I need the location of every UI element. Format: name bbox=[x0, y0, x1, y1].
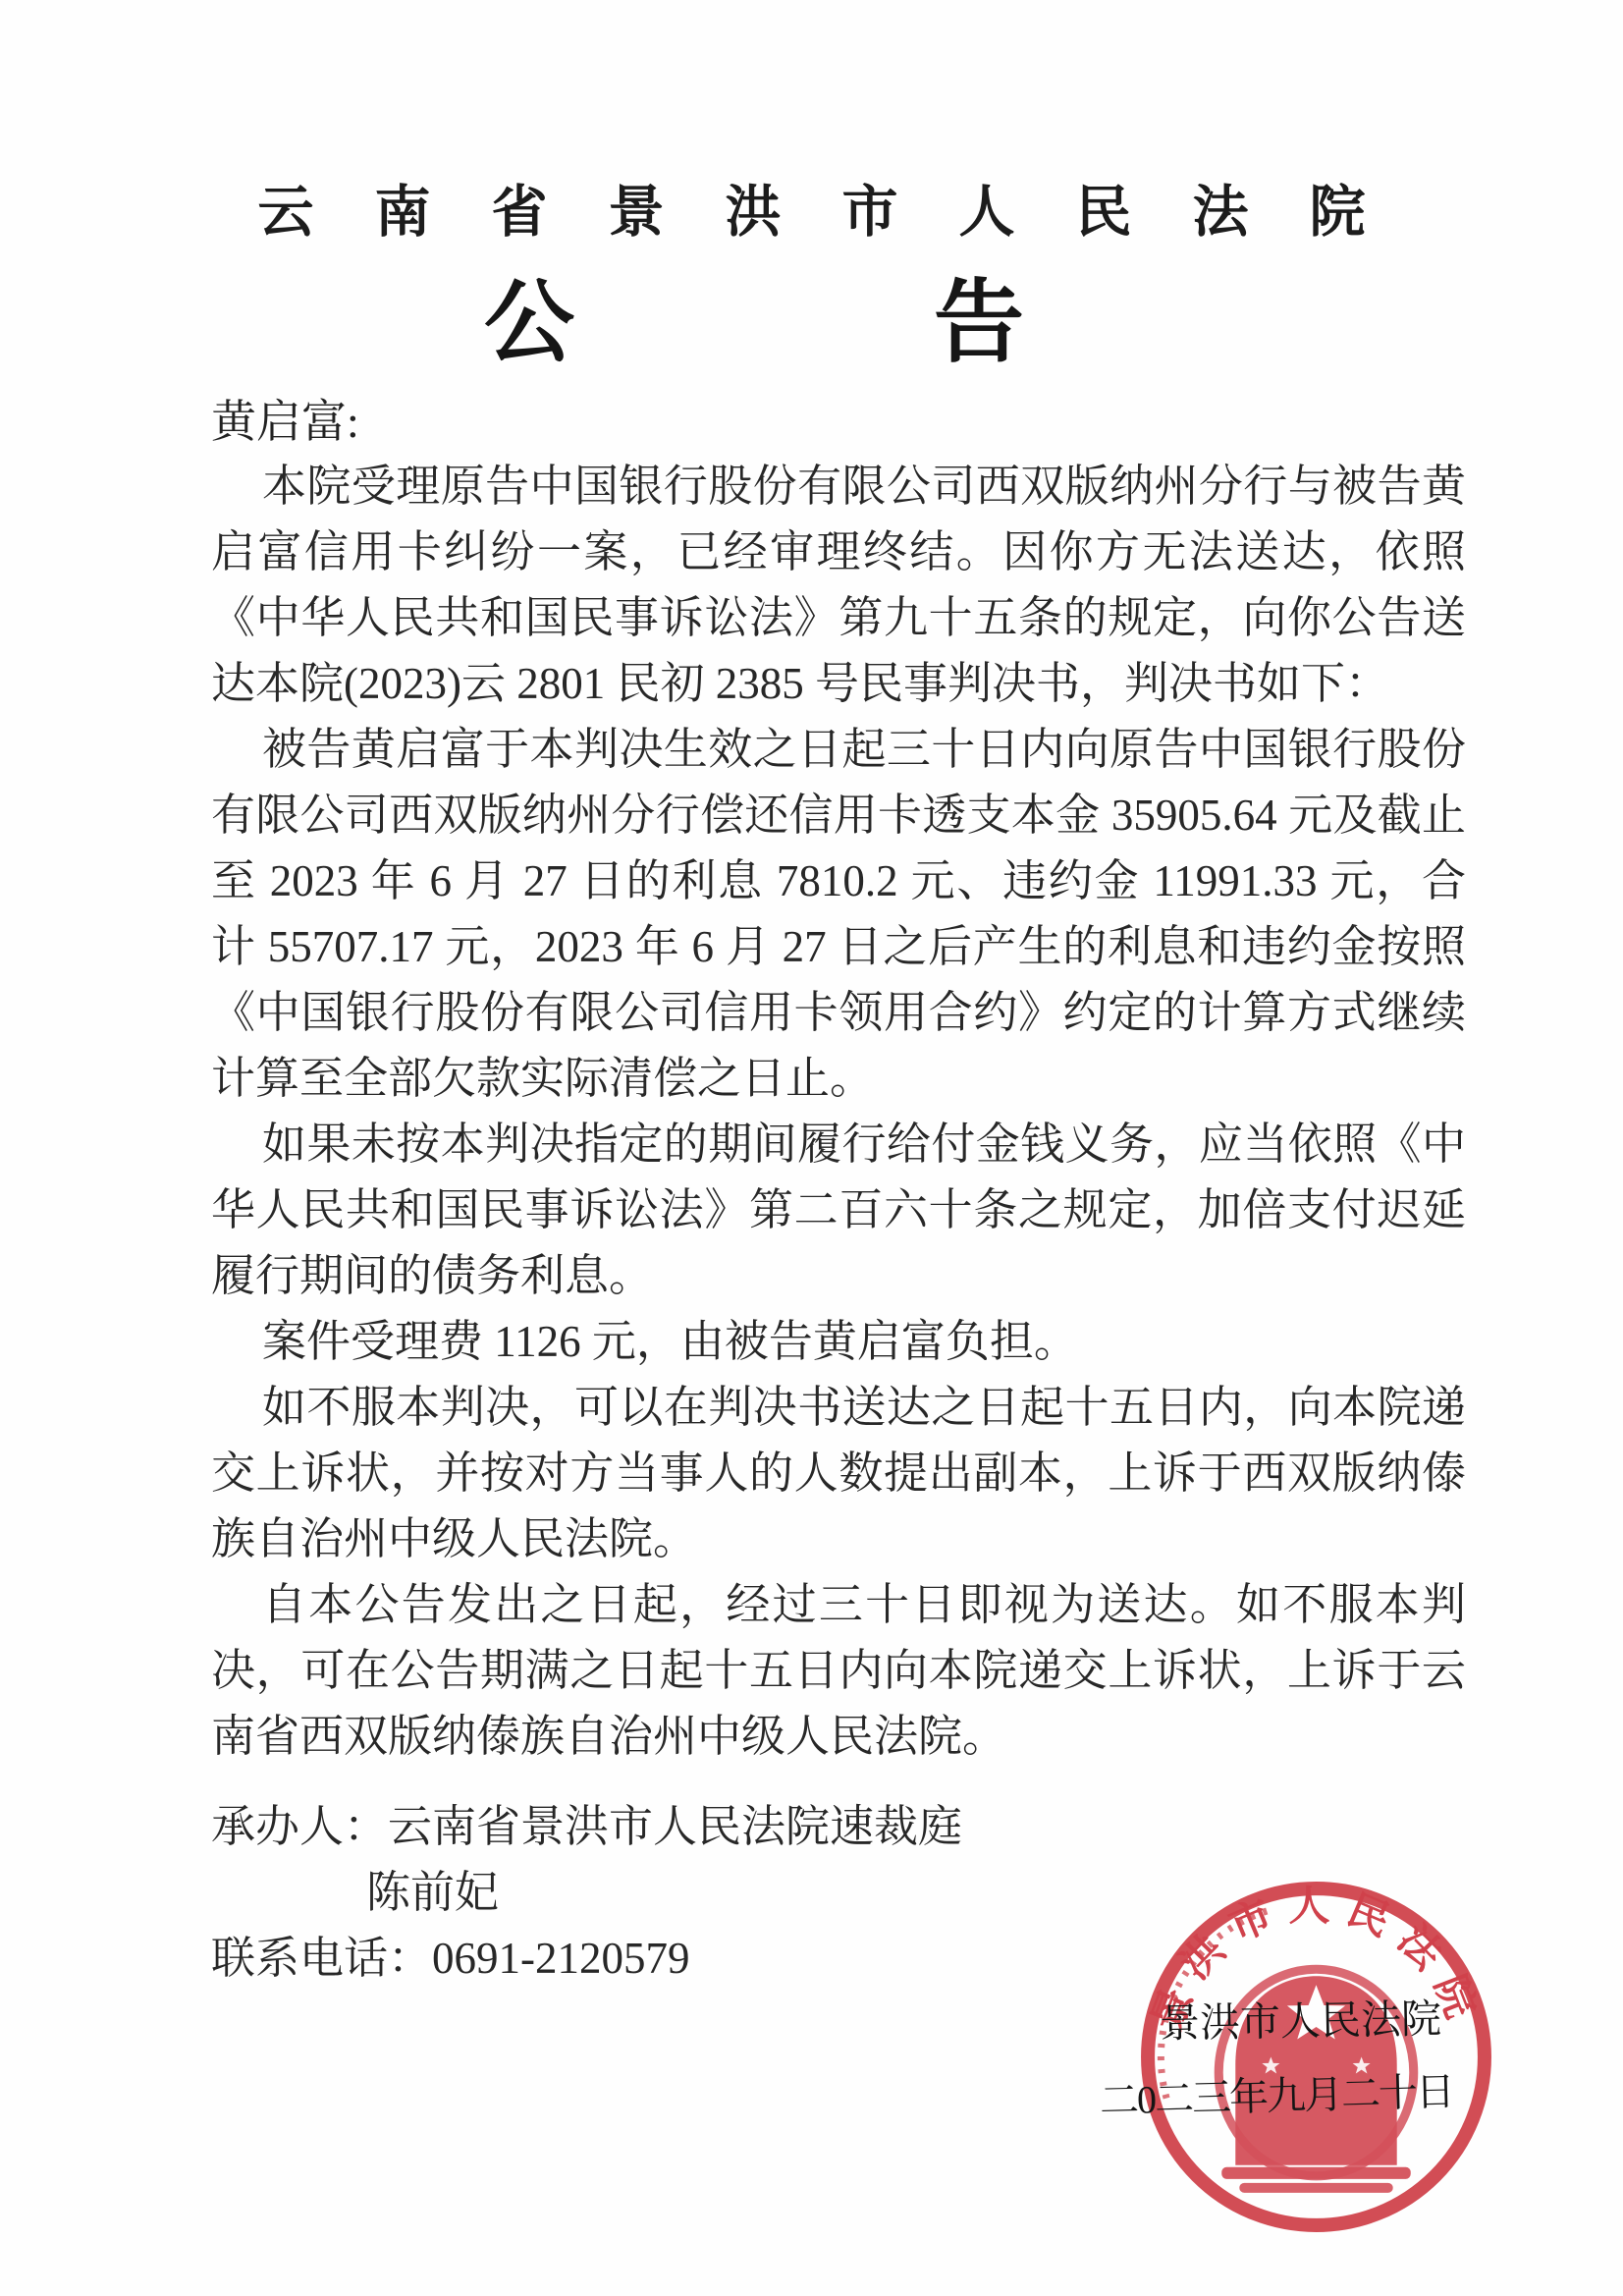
body-paragraph: 案件受理费 1126 元，由被告黄启富负担。 bbox=[211, 1309, 1466, 1375]
announcement-title-char: 告 bbox=[934, 278, 1024, 368]
recipient-name: 黄启富: bbox=[211, 400, 1623, 445]
body-paragraph: 自本公告发出之日起，经过三十日即视为送达。如不服本判决，可在公告期满之日起十五日… bbox=[211, 1572, 1466, 1770]
court-announcement-page: 云南省景洪市人民法院 公 告 黄启富: 本院受理原告中国银行股份有限公司西双版纳… bbox=[0, 0, 1623, 2296]
seal-graphic: 景洪市人民法院 bbox=[1127, 1868, 1505, 2246]
court-seal: 景洪市人民法院 景洪市人民法院 二0二三年九月二十日 bbox=[1127, 1868, 1505, 2246]
announcement-title: 公 告 bbox=[484, 278, 1024, 368]
body-paragraph: 被告黄启富于本判决生效之日起三十日内向原告中国银行股份有限公司西双版纳州分行偿还… bbox=[211, 717, 1466, 1112]
body-paragraph: 如不服本判决，可以在判决书送达之日起十五日内，向本院递交上诉状，并按对方当事人的… bbox=[211, 1375, 1466, 1572]
seal-date: 二0二三年九月二十日 bbox=[1100, 2072, 1454, 2120]
court-title: 云南省景洪市人民法院 bbox=[0, 185, 1623, 241]
seal-court-name: 景洪市人民法院 bbox=[1160, 1998, 1447, 2044]
body-paragraph: 如果未按本判决指定的期间履行给付金钱义务，应当依照《中华人民共和国民事诉讼法》第… bbox=[211, 1112, 1466, 1309]
emblem-base bbox=[1221, 2167, 1411, 2179]
body-paragraph: 本院受理原告中国银行股份有限公司西双版纳州分行与被告黄启富信用卡纠纷一案，已经审… bbox=[211, 454, 1466, 717]
announcement-title-char: 公 bbox=[484, 278, 574, 368]
handler-line: 承办人：云南省景洪市人民法院速裁庭 bbox=[211, 1794, 1623, 1860]
emblem-base-lower bbox=[1239, 2183, 1392, 2193]
seal-court-name-text: 景洪市人民法院 bbox=[1160, 1999, 1442, 2045]
announcement-body: 本院受理原告中国银行股份有限公司西双版纳州分行与被告黄启富信用卡纠纷一案，已经审… bbox=[211, 454, 1466, 1770]
